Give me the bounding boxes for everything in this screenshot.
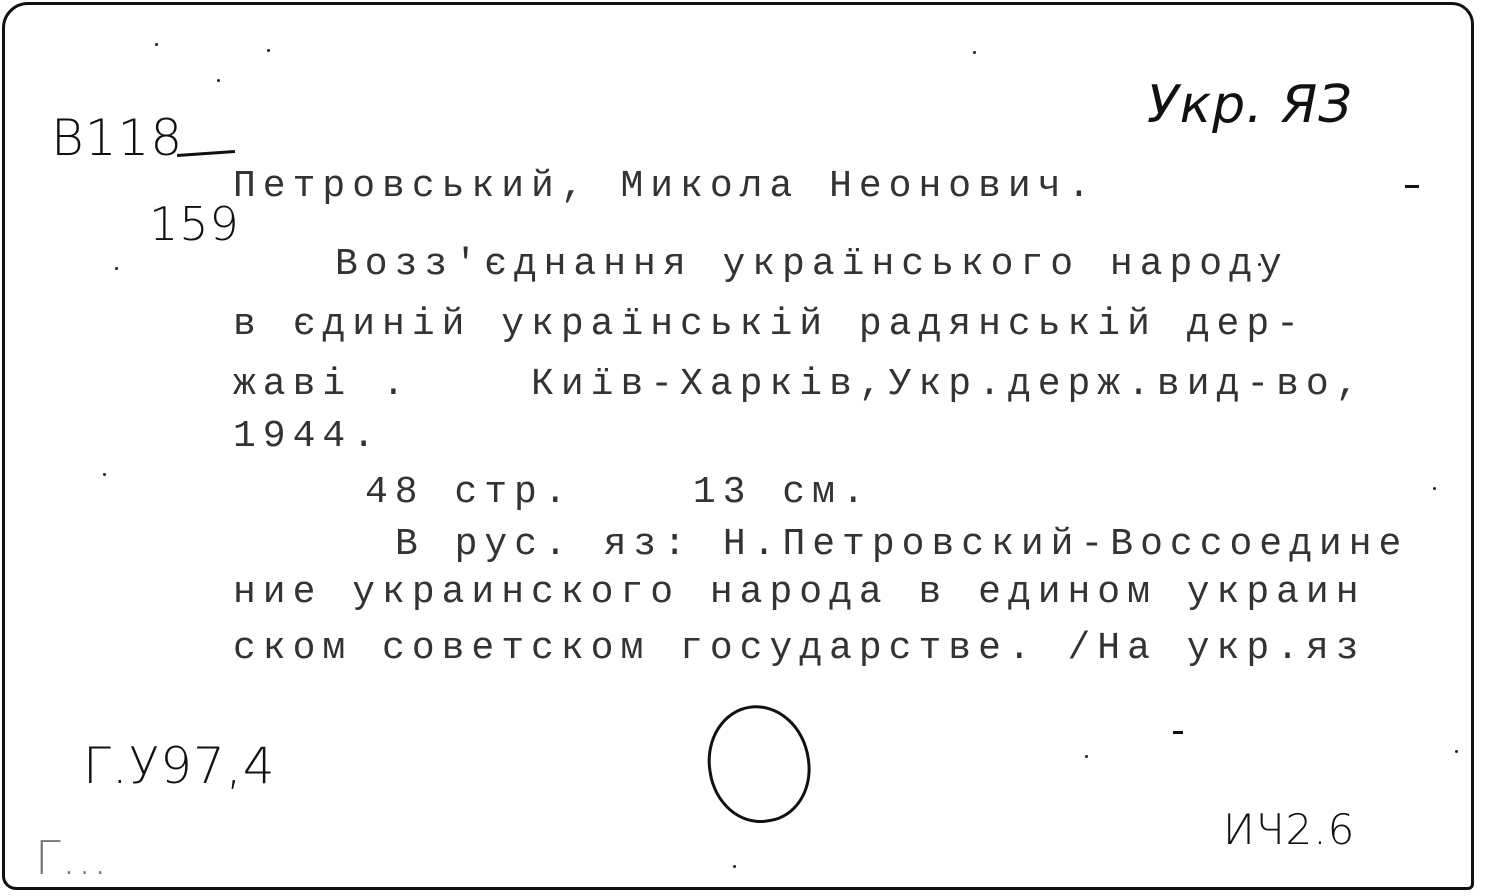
scan-speck (733, 865, 736, 868)
note-line-2: ние украинского народа в едином украин (233, 571, 1366, 614)
inventory-number: ИЧ2.6 (1223, 805, 1355, 854)
shelfmark-top-left-line1: В118 (51, 109, 183, 167)
scan-speck (217, 79, 220, 82)
author-heading: Петровський, Микола Неонович. (233, 165, 1097, 208)
note-line-3: ском советском государстве. /На укр.яз (233, 627, 1366, 670)
shelfmark-dash (177, 150, 235, 157)
scan-speck (1085, 755, 1088, 758)
shelfmark-bottom-left: Г.У97,4 (83, 737, 276, 795)
title-line-3: жаві . Київ-Харків,Укр.держ.вид-во, (233, 363, 1366, 406)
scan-speck (267, 49, 270, 52)
scan-speck (1258, 263, 1261, 266)
shelfmark-top-right: Укр. ЯЗ (1147, 75, 1353, 135)
title-line-4: 1944. (233, 415, 382, 458)
title-line-1: Возз'єднання українського народу (335, 243, 1289, 286)
collation: 48 стр. 13 см. (365, 471, 872, 514)
scan-mark (1405, 185, 1419, 188)
shelfmark-top-left-line2: 159 (149, 197, 240, 251)
scan-speck (973, 51, 976, 54)
catalog-card: В118 159 Укр. ЯЗ Петровський, Микола Нео… (2, 2, 1474, 890)
scan-mark (1173, 731, 1183, 734)
scan-speck (155, 43, 158, 46)
scan-speck (1455, 750, 1458, 753)
circle-stamp (700, 698, 817, 829)
scan-speck (115, 267, 118, 270)
shelfmark-bottom-left-faint: Г... (35, 831, 109, 885)
scan-speck (103, 473, 106, 476)
title-line-2: в єдиній українській радянській дер- (233, 303, 1306, 346)
scan-speck (1433, 487, 1436, 490)
note-line-1: В рус. яз: Н.Петровский-Воссоедине (395, 523, 1408, 566)
